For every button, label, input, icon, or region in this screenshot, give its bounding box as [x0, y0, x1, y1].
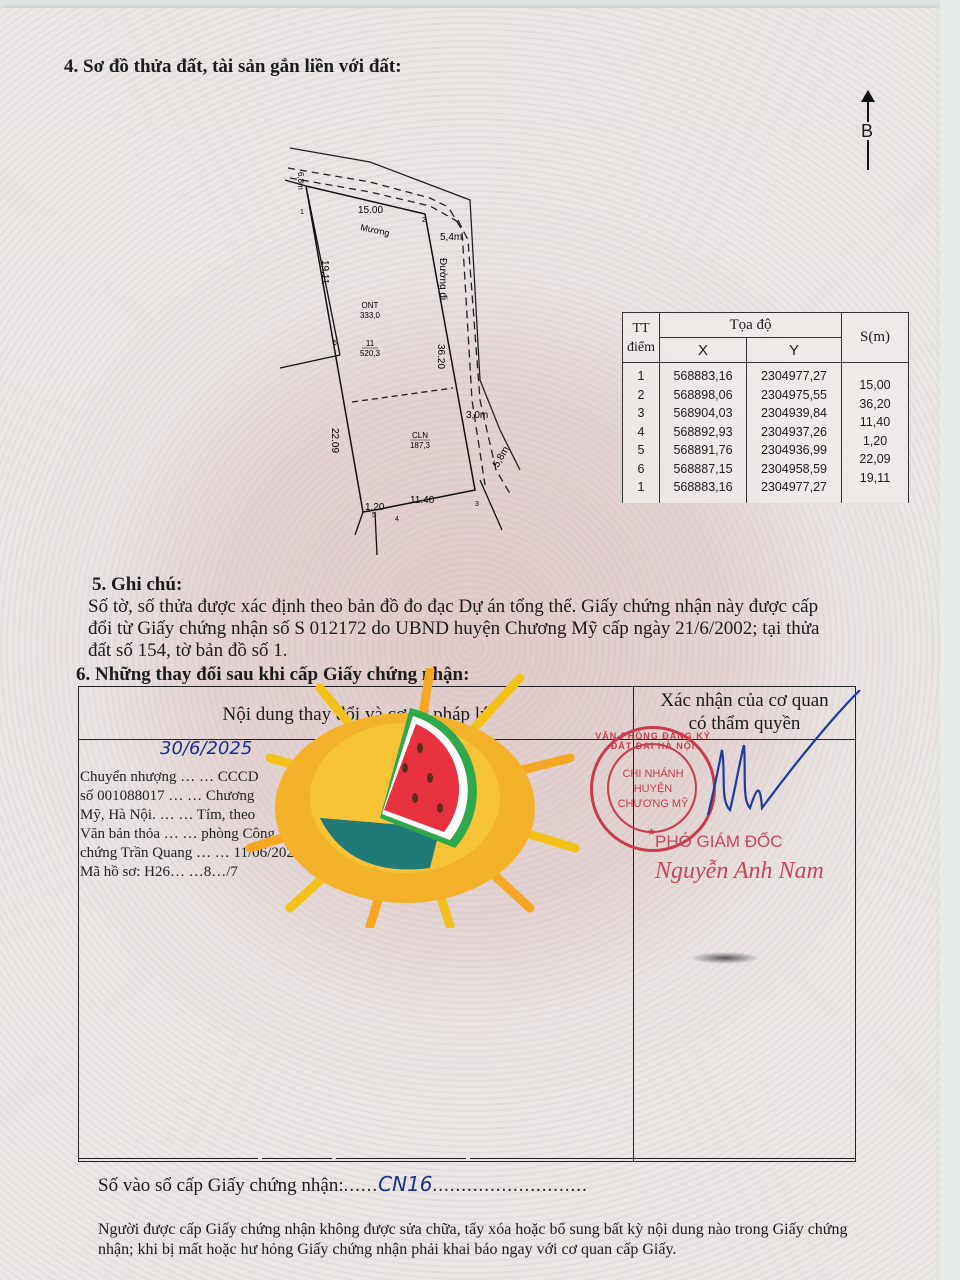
coord-cell-y: 2304937,26 [746, 423, 841, 442]
coord-cell-tt: 1 [623, 478, 660, 503]
table-bottom-border [78, 1158, 258, 1159]
vertex-4: 4 [395, 516, 399, 523]
header-x: X [659, 338, 746, 363]
vertex-2: 2 [422, 217, 426, 224]
coordinate-table: TT điểm Tọa độ S(m) X Y 1568883,16230497… [622, 312, 909, 503]
parcel-area: 520,3 [360, 349, 381, 358]
vertex-3: 3 [475, 501, 479, 508]
coord-cell-y: 2304936,99 [746, 441, 841, 460]
coord-cell-tt: 4 [623, 423, 660, 442]
coord-cell-y: 2304977,27 [746, 478, 841, 503]
ink-smudge [690, 952, 760, 964]
coord-cell-tt: 3 [623, 404, 660, 423]
coord-cell-x: 568883,16 [659, 478, 746, 503]
zone-cln-code: CLN [412, 431, 428, 440]
coord-row: 1568883,162304977,2715,00 [623, 363, 909, 386]
coord-cell-y: 2304975,55 [746, 386, 841, 405]
header-length: S(m) [841, 313, 908, 363]
coord-cell-s: 11,40 [841, 413, 908, 432]
dots: ...... [344, 1175, 379, 1196]
zone-ont-area: 333,0 [360, 311, 381, 320]
header-point: TT điểm [623, 313, 660, 363]
watermelon-hat-sticker [230, 668, 590, 928]
coord-cell-s: 15,00 [841, 372, 908, 395]
edge-1-2: 15.00 [358, 205, 383, 216]
table-bottom-border [262, 1158, 332, 1159]
section-4-title: 4. Sơ đồ thửa đất, tài sản gắn liền với … [64, 56, 402, 78]
note-line-3: đất số 154, tờ bản đồ số 1. [88, 640, 288, 662]
road-right-label: Đường đi [437, 258, 448, 300]
coord-cell-tt: 1 [623, 363, 660, 386]
book-number-row: Số vào sổ cấp Giấy chứng nhận:......CN16… [98, 1172, 588, 1197]
coord-cell-tt: 5 [623, 441, 660, 460]
signer-name: Nguyễn Anh Nam [655, 858, 824, 885]
parcel-map: 6,8m Mương 15.00 5,4m Đường đi 19.11 ONT… [270, 140, 570, 560]
signer-title: PHÓ GIÁM ĐỐC [655, 832, 783, 852]
zone-ont-code: ONT [362, 301, 379, 310]
zone-cln-area: 187,3 [410, 441, 431, 450]
coord-cell-s: 19,11 [841, 469, 908, 488]
coord-cell-tt: 6 [623, 460, 660, 479]
signature [700, 690, 870, 840]
vertex-5: 5 [372, 512, 376, 519]
vertex-1: 1 [300, 209, 304, 216]
stamp-line-2: HUYỆN [593, 782, 713, 797]
coord-cell-y: 2304958,59 [746, 460, 841, 479]
coord-cell-x: 568904,03 [659, 404, 746, 423]
coord-cell-x: 568883,16 [659, 363, 746, 386]
road-right-width-bottom: 5,8m [491, 445, 512, 470]
book-number-value: CN16 [378, 1172, 432, 1196]
coord-cell-s: 22,09 [841, 450, 908, 469]
section-5-title: 5. Ghi chú: [92, 574, 182, 596]
arrow-up-icon [861, 90, 875, 102]
footer-note: Người được cấp Giấy chứng nhận không đượ… [98, 1220, 868, 1260]
coord-cell-y: 2304939,84 [746, 404, 841, 423]
table-bottom-border [336, 1158, 466, 1159]
header-y: Y [746, 338, 841, 363]
north-arrow: B [858, 90, 878, 170]
road-top-label: Mương [360, 222, 391, 238]
road-right-width-top: 5,4m [440, 232, 462, 243]
coord-cell-s: 1,20 [841, 432, 908, 451]
page-edge [940, 0, 960, 1280]
dots: ........................... [433, 1175, 588, 1196]
vertex-6: 6 [333, 340, 337, 347]
book-number-label: Số vào sổ cấp Giấy chứng nhận: [98, 1175, 344, 1196]
header-coord: Tọa độ [659, 313, 841, 338]
edge-6-1: 19.11 [319, 260, 330, 285]
note-line-2: đổi từ Giấy chứng nhận số S 012172 do UB… [88, 618, 819, 640]
stamp-center: CHI NHÁNH HUYỆN CHƯƠNG MỸ [593, 767, 713, 812]
coord-cell-y: 2304977,27 [746, 363, 841, 386]
coord-cell-s [841, 487, 908, 512]
coord-cell-s: 36,20 [841, 395, 908, 414]
coord-cell-x: 568898,06 [659, 386, 746, 405]
road-top-width: 6,8m [296, 172, 305, 190]
road-right-width-mid: 3,0m [466, 410, 488, 421]
coord-cell-x: 568891,76 [659, 441, 746, 460]
table-bottom-border [470, 1158, 855, 1159]
coord-cell-x: 568887,15 [659, 460, 746, 479]
stamp-ring-text: VĂN PHÒNG ĐĂNG KÝ ĐẤT ĐAI HÀ NỘI [593, 731, 713, 751]
parcel-number: 11 [366, 339, 375, 348]
edge-2-3: 36.20 [435, 344, 446, 369]
note-line-1: Số tờ, số thửa được xác định theo bản đồ… [88, 596, 818, 618]
edge-5-6: 22.09 [329, 428, 340, 453]
north-label: B [860, 122, 874, 140]
edge-3-4: 11.40 [410, 495, 435, 506]
coord-cell-tt: 2 [623, 386, 660, 405]
stamp-line-1: CHI NHÁNH [593, 767, 713, 782]
stamp-line-3: CHƯƠNG MỸ [593, 797, 713, 812]
coord-cell-x: 568892,93 [659, 423, 746, 442]
